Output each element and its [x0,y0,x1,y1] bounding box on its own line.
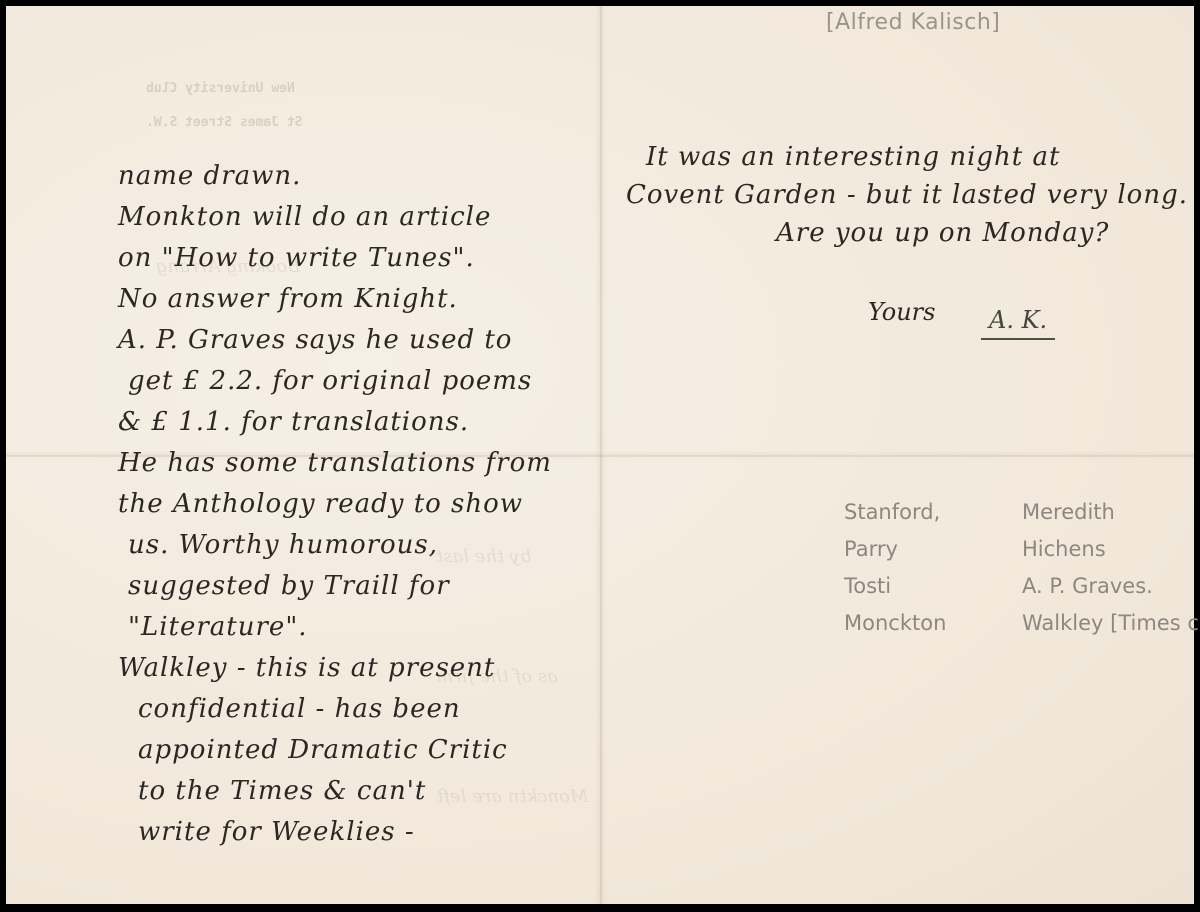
letterhead-line-2: St James Street S.W. [146,106,303,140]
text-line: No answer from Knight. [118,279,598,320]
right-page-text: It was an interesting night at Covent Ga… [626,138,1186,252]
text-line: "Literature". [118,607,598,648]
text-line: to the Times & can't [118,771,598,812]
name-right: Hichens [1022,531,1106,568]
name-right: Walkley [Times critic [1022,605,1200,642]
text-line: Covent Garden - but it lasted very long. [626,176,1186,214]
text-line: appointed Dramatic Critic [118,730,598,771]
name-right: Meredith [1022,494,1115,531]
text-line: Are you up on Monday? [626,214,1186,252]
pencil-name-list: Stanford, Meredith Parry Hichens Tosti A… [844,494,1200,642]
text-line: Monkton will do an article [118,197,598,238]
archival-annotation: [Alfred Kalisch] [826,10,1000,35]
left-page-text: name drawn. Monkton will do an article o… [118,156,598,853]
name-row: Tosti A. P. Graves. [844,568,1200,605]
text-line: A. P. Graves says he used to [118,320,598,361]
text-line: the Anthology ready to show [118,484,598,525]
name-row: Monckton Walkley [Times critic [844,605,1200,642]
name-right: A. P. Graves. [1022,568,1153,605]
letterhead-line-1: New University Club [146,72,303,106]
closing: Yours [868,298,935,326]
letter-sheet: New University Club St James Street S.W.… [6,6,1194,904]
name-left: Parry [844,531,1022,568]
text-line: suggested by Traill for [118,566,598,607]
text-line: It was an interesting night at [626,138,1186,176]
name-left: Monckton [844,605,1022,642]
text-line: get £ 2.2. for original poems [118,361,598,402]
name-left: Stanford, [844,494,1022,531]
text-line: write for Weeklies - [118,812,598,853]
signature: A. K. [981,306,1055,340]
name-row: Parry Hichens [844,531,1200,568]
text-line: & £ 1.1. for translations. [118,402,598,443]
text-line: name drawn. [118,156,598,197]
text-line: us. Worthy humorous, [118,525,598,566]
text-line: He has some translations from [118,443,598,484]
name-left: Tosti [844,568,1022,605]
text-line: confidential - has been [118,689,598,730]
name-row: Stanford, Meredith [844,494,1200,531]
text-line: on "How to write Tunes". [118,238,598,279]
text-line: Walkley - this is at present [118,648,598,689]
letterhead-bleedthrough: New University Club St James Street S.W. [146,72,303,140]
